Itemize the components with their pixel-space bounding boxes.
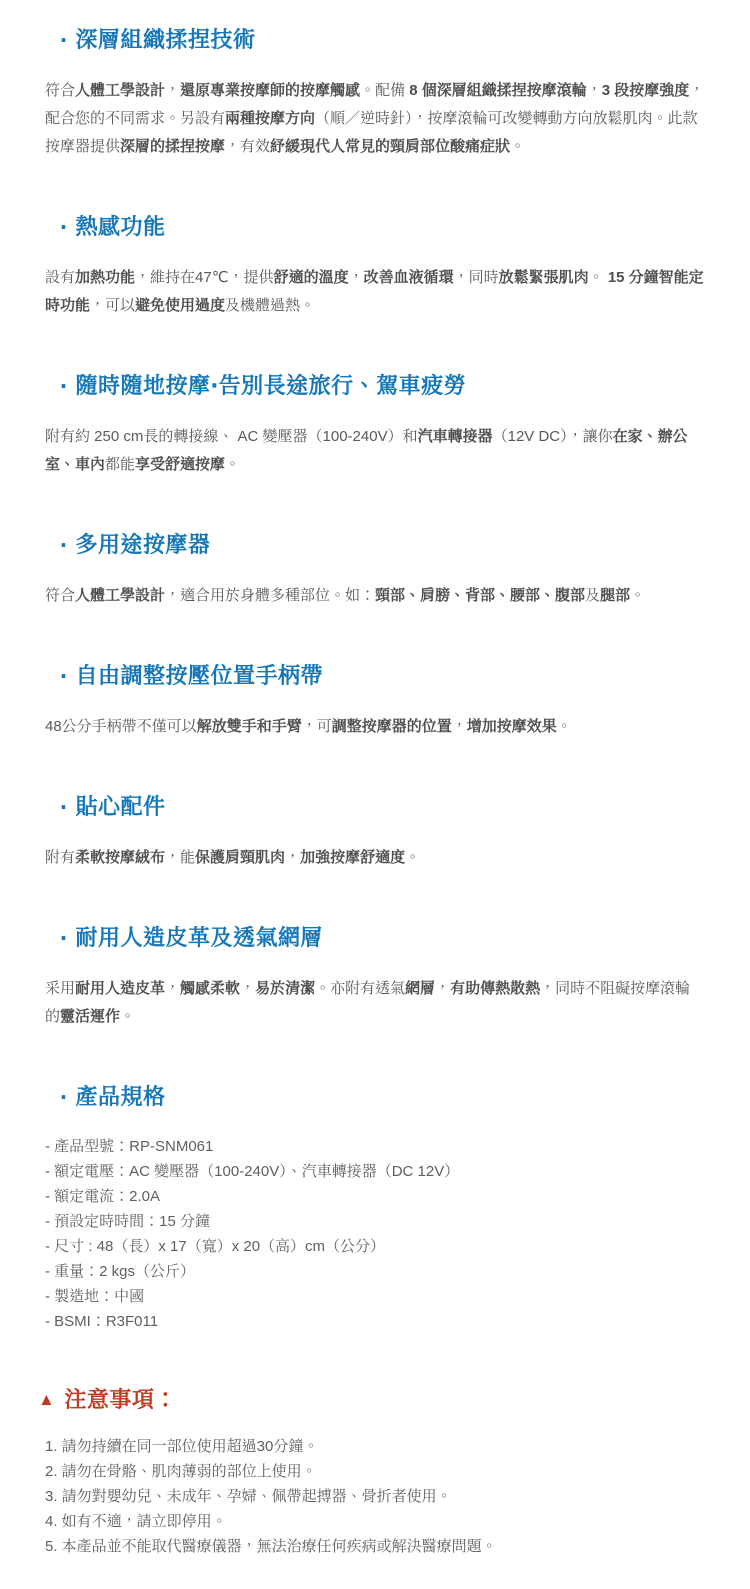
text-run: ， xyxy=(240,980,255,997)
text-run: 及 xyxy=(585,587,600,604)
text-run-bold: 腿部 xyxy=(600,587,630,604)
text-run: 48公分手柄帶不僅可以 xyxy=(45,718,197,735)
list-item: - 額定電流：2.0A xyxy=(45,1184,705,1209)
product-description-page: ‧深層組織揉捏技術 符合人體工學設計，還原專業按摩師的按摩觸感。配備 8 個深層… xyxy=(0,0,750,1589)
text-run: ， xyxy=(587,82,602,99)
text-run-bold: 享受舒適按摩 xyxy=(135,456,225,473)
text-run: ，維持在47℃，提供 xyxy=(135,269,274,286)
section-heading: ‧深層組織揉捏技術 xyxy=(45,26,705,55)
text-run: 附有約 250 cm長的轉接線、 AC 變壓器（100-240V）和 xyxy=(45,428,418,445)
text-run: 。 xyxy=(630,587,645,604)
list-item: 2. 請勿在骨骼、肌肉薄弱的部位上使用。 xyxy=(45,1459,705,1484)
section-paragraph: 48公分手柄帶不僅可以解放雙手和手臂，可調整按摩器的位置，增加按摩效果。 xyxy=(45,713,705,741)
text-run-bold: 靈活運作 xyxy=(60,1008,120,1025)
section-title-text: 耐用人造皮革及透氣網層 xyxy=(75,925,323,950)
section-massage-anywhere: ‧隨時隨地按摩‧告別長途旅行、駕車疲勞 附有約 250 cm長的轉接線、 AC … xyxy=(45,372,705,479)
text-run-bold: 還原專業按摩師的按摩觸感 xyxy=(180,82,360,99)
text-run-bold: 人體工學設計 xyxy=(75,82,165,99)
text-run: 采用 xyxy=(45,980,75,997)
section-paragraph: 符合人體工學設計，還原專業按摩師的按摩觸感。配備 8 個深層組織揉捏按摩滾輪，3… xyxy=(45,77,705,161)
text-run: ， xyxy=(452,718,467,735)
section-paragraph: 符合人體工學設計，適合用於身體多種部位。如：頸部、肩膀、背部、腰部、腹部及腿部。 xyxy=(45,582,705,610)
text-run: 。配備 xyxy=(360,82,409,99)
section-heading: ‧貼心配件 xyxy=(45,793,705,822)
section-adjustable-strap: ‧自由調整按壓位置手柄帶 48公分手柄帶不僅可以解放雙手和手臂，可調整按摩器的位… xyxy=(45,662,705,741)
section-title-text: 隨時隨地按摩‧告別長途旅行、駕車疲勞 xyxy=(75,373,466,398)
text-run: 。亦附有透氣 xyxy=(315,980,405,997)
text-run-bold: 改善血液循環 xyxy=(364,269,454,286)
text-run: ，可 xyxy=(302,718,332,735)
text-run-bold: 紓緩現代人常見的頸肩部位酸痛症狀 xyxy=(270,138,510,155)
text-run: 附有 xyxy=(45,849,75,866)
section-heading: ‧多用途按摩器 xyxy=(45,531,705,560)
section-heading: ‧自由調整按壓位置手柄帶 xyxy=(45,662,705,691)
section-paragraph: 設有加熱功能，維持在47℃，提供舒適的溫度，改善血液循環，同時放鬆緊張肌肉。 1… xyxy=(45,264,705,320)
text-run-bold: 汽車轉接器 xyxy=(418,428,493,445)
text-run: ， xyxy=(165,980,180,997)
text-run: ， xyxy=(285,849,300,866)
list-item: - 預設定時時間：15 分鐘 xyxy=(45,1209,705,1234)
text-run: ， xyxy=(165,82,180,99)
bullet-icon: ‧ xyxy=(60,794,67,822)
text-run-bold: 深層的揉捏按摩 xyxy=(120,138,225,155)
section-title-text: 自由調整按壓位置手柄帶 xyxy=(75,663,323,688)
text-run: ， xyxy=(435,980,450,997)
list-item: - 製造地：中國 xyxy=(45,1284,705,1309)
text-run-bold: 加熱功能 xyxy=(75,269,135,286)
text-run-bold: 加強按摩舒適度 xyxy=(300,849,405,866)
list-item: - 額定電壓：AC 變壓器（100-240V）、汽車轉接器（DC 12V） xyxy=(45,1159,705,1184)
text-run: ，同時 xyxy=(454,269,499,286)
text-run: 及機體過熱。 xyxy=(225,297,315,314)
warning-triangle-icon: ▲ xyxy=(38,1390,55,1409)
section-paragraph: 附有柔軟按摩絨布，能保護肩頸肌肉，加強按摩舒適度。 xyxy=(45,844,705,872)
text-run-bold: 耐用人造皮革 xyxy=(75,980,165,997)
text-run: 設有 xyxy=(45,269,75,286)
section-paragraph: 采用耐用人造皮革，觸感柔軟，易於清潔。亦附有透氣網層，有助傳熱散熱，同時不阻礙按… xyxy=(45,975,705,1031)
text-run-bold: 放鬆緊張肌肉 xyxy=(499,269,589,286)
text-run-bold: 人體工學設計 xyxy=(75,587,165,604)
section-heat-function: ‧熱感功能 設有加熱功能，維持在47℃，提供舒適的溫度，改善血液循環，同時放鬆緊… xyxy=(45,213,705,320)
warning-heading: ▲注意事項： xyxy=(38,1386,705,1414)
section-title-text: 多用途按摩器 xyxy=(75,532,210,557)
section-heading: ‧耐用人造皮革及透氣網層 xyxy=(45,924,705,953)
section-heading: ‧熱感功能 xyxy=(45,213,705,242)
text-run: 。 xyxy=(510,138,525,155)
list-item: - 產品型號：RP-SNM061 xyxy=(45,1134,705,1159)
section-title-text: 熱感功能 xyxy=(75,214,165,239)
text-run: 。 xyxy=(405,849,420,866)
bullet-icon: ‧ xyxy=(60,532,67,560)
bullet-icon: ‧ xyxy=(60,1084,67,1112)
warning-title-text: 注意事項： xyxy=(64,1387,177,1412)
bullet-icon: ‧ xyxy=(60,373,67,401)
list-item: 1. 請勿持續在同一部位使用超過30分鐘。 xyxy=(45,1434,705,1459)
text-run-bold: 網層 xyxy=(405,980,435,997)
section-accessory: ‧貼心配件 附有柔軟按摩絨布，能保護肩頸肌肉，加強按摩舒適度。 xyxy=(45,793,705,872)
list-item: - 重量：2 kgs（公斤） xyxy=(45,1259,705,1284)
text-run: （12V DC），讓你 xyxy=(493,428,613,445)
text-run: 符合 xyxy=(45,82,75,99)
section-multi-purpose: ‧多用途按摩器 符合人體工學設計，適合用於身體多種部位。如：頸部、肩膀、背部、腰… xyxy=(45,531,705,610)
list-item: - BSMI：R3F011 xyxy=(45,1309,705,1334)
text-run-bold: 調整按摩器的位置 xyxy=(332,718,452,735)
section-title-text: 貼心配件 xyxy=(75,794,165,819)
list-item: 5. 本產品並不能取代醫療儀器，無法治療任何疾病或解決醫療問題。 xyxy=(45,1534,705,1559)
text-run: ，可以 xyxy=(90,297,135,314)
text-run-bold: 避免使用過度 xyxy=(135,297,225,314)
section-cautions: ▲注意事項： 1. 請勿持續在同一部位使用超過30分鐘。2. 請勿在骨骼、肌肉薄… xyxy=(45,1386,705,1559)
list-item: - 尺寸 : 48（長）x 17（寬）x 20（高）cm（公分） xyxy=(45,1234,705,1259)
text-run-bold: 柔軟按摩絨布 xyxy=(75,849,165,866)
text-run: ，有效 xyxy=(225,138,270,155)
text-run: 。 xyxy=(225,456,240,473)
text-run: ，能 xyxy=(165,849,195,866)
spec-list: - 產品型號：RP-SNM061- 額定電壓：AC 變壓器（100-240V）、… xyxy=(45,1134,705,1334)
section-durable-leather-mesh: ‧耐用人造皮革及透氣網層 采用耐用人造皮革，觸感柔軟，易於清潔。亦附有透氣網層，… xyxy=(45,924,705,1031)
text-run-bold: 舒適的溫度 xyxy=(274,269,349,286)
text-run-bold: 保護肩頸肌肉 xyxy=(195,849,285,866)
section-title-text: 深層組織揉捏技術 xyxy=(75,27,255,52)
text-run-bold: 頸部、肩膀、背部、腰部、腹部 xyxy=(375,587,585,604)
bullet-icon: ‧ xyxy=(60,925,67,953)
text-run: 都能 xyxy=(105,456,135,473)
bullet-icon: ‧ xyxy=(60,214,67,242)
list-item: 4. 如有不適，請立即停用。 xyxy=(45,1509,705,1534)
text-run: 。 xyxy=(557,718,572,735)
text-run-bold: 兩種按摩方向 xyxy=(225,110,315,127)
section-paragraph: 附有約 250 cm長的轉接線、 AC 變壓器（100-240V）和汽車轉接器（… xyxy=(45,423,705,479)
text-run: ， xyxy=(349,269,364,286)
section-heading: ‧產品規格 xyxy=(45,1083,705,1112)
warning-list: 1. 請勿持續在同一部位使用超過30分鐘。2. 請勿在骨骼、肌肉薄弱的部位上使用… xyxy=(45,1434,705,1559)
text-run-bold: 增加按摩效果 xyxy=(467,718,557,735)
text-run: ，適合用於身體多種部位。如： xyxy=(165,587,375,604)
section-title-text: 產品規格 xyxy=(75,1084,165,1109)
section-product-specs: ‧產品規格 - 產品型號：RP-SNM061- 額定電壓：AC 變壓器（100-… xyxy=(45,1083,705,1334)
bullet-icon: ‧ xyxy=(60,663,67,691)
text-run-bold: 3 段按摩強度 xyxy=(602,82,690,99)
text-run: 。 xyxy=(589,269,608,286)
section-deep-tissue-kneading: ‧深層組織揉捏技術 符合人體工學設計，還原專業按摩師的按摩觸感。配備 8 個深層… xyxy=(45,26,705,161)
text-run: 。 xyxy=(120,1008,135,1025)
text-run-bold: 觸感柔軟 xyxy=(180,980,240,997)
text-run-bold: 解放雙手和手臂 xyxy=(197,718,302,735)
text-run-bold: 8 個深層組織揉捏按摩滾輪 xyxy=(409,82,587,99)
section-heading: ‧隨時隨地按摩‧告別長途旅行、駕車疲勞 xyxy=(45,372,705,401)
list-item: 3. 請勿對嬰幼兒、未成年、孕婦、佩帶起搏器、骨折者使用。 xyxy=(45,1484,705,1509)
bullet-icon: ‧ xyxy=(60,27,67,55)
text-run-bold: 有助傳熱散熱 xyxy=(450,980,540,997)
text-run: 符合 xyxy=(45,587,75,604)
text-run-bold: 易於清潔 xyxy=(255,980,315,997)
